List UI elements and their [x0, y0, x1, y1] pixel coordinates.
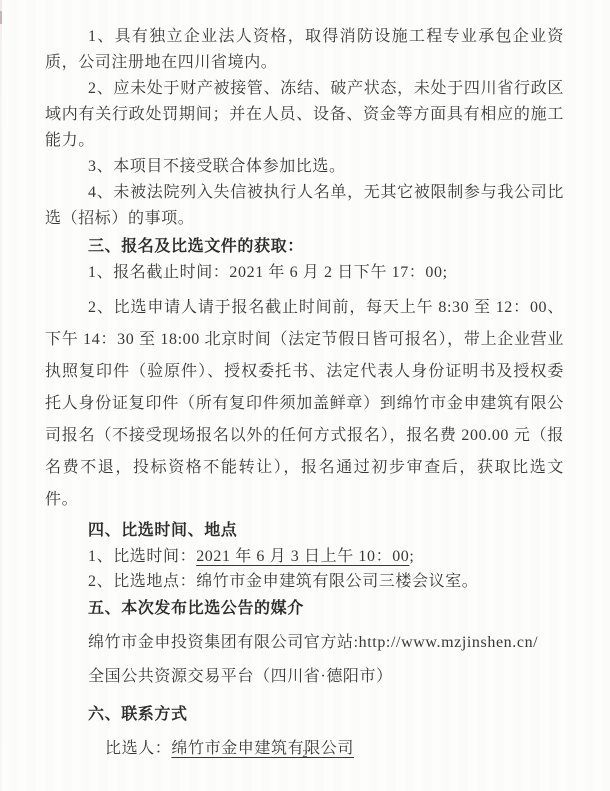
document-content: 1、具有独立企业法人资格，取得消防设施工程专业承包企业资质，公司注册地在四川省境… — [0, 0, 610, 762]
selection-time-suffix: ; — [409, 548, 414, 565]
selection-time-value: 2021 年 6 月 3 日上午 10：00 — [196, 548, 409, 565]
media-line-public-resource-platform: 全国公共资源交易平台（四川省·德阳市） — [45, 664, 564, 690]
qualification-clause-3: 3、本项目不接受联合体参加比选。 — [45, 154, 564, 180]
section5-heading: 五、本次发布比选公告的媒介 — [45, 596, 564, 622]
section3-heading: 三、报名及比选文件的获取： — [45, 234, 564, 260]
media-line-official-site: 绵竹市金申投资集团有限公司官方站:http://www.mzjinshen.cn… — [45, 630, 564, 656]
qualification-clause-2: 2、应未处于财产被接管、冻结、破产状态，未处于四川省行政区域内有关行政处罚期间；… — [45, 76, 564, 154]
page-number: 2 — [0, 748, 610, 760]
section4-heading: 四、比选时间、地点 — [45, 518, 564, 544]
qualification-clause-1: 1、具有独立企业法人资格，取得消防设施工程专业承包企业资质，公司注册地在四川省境… — [45, 24, 564, 76]
section4-item2-selection-place: 2、比选地点：绵竹市金申建筑有限公司三楼会议室。 — [45, 569, 564, 594]
section3-item2-signup-procedure: 2、比选申请人请于报名截止时间前，每天上午 8:30 至 12：00、下午 14… — [45, 292, 564, 516]
document-page: 1、具有独立企业法人资格，取得消防设施工程专业承包企业资质，公司注册地在四川省境… — [0, 0, 610, 791]
qualification-clause-4: 4、未被法院列入失信被执行人名单，无其它被限制参与我公司比选（招标）的事项。 — [45, 180, 564, 232]
section3-item1-signup-deadline: 1、报名截止时间：2021 年 6 月 2 日下午 17：00; — [45, 260, 564, 286]
selection-time-label: 1、比选时间： — [88, 548, 196, 565]
section4-item1-selection-time: 1、比选时间：2021 年 6 月 3 日上午 10：00; — [45, 544, 564, 569]
section6-heading: 六、联系方式 — [45, 702, 564, 728]
